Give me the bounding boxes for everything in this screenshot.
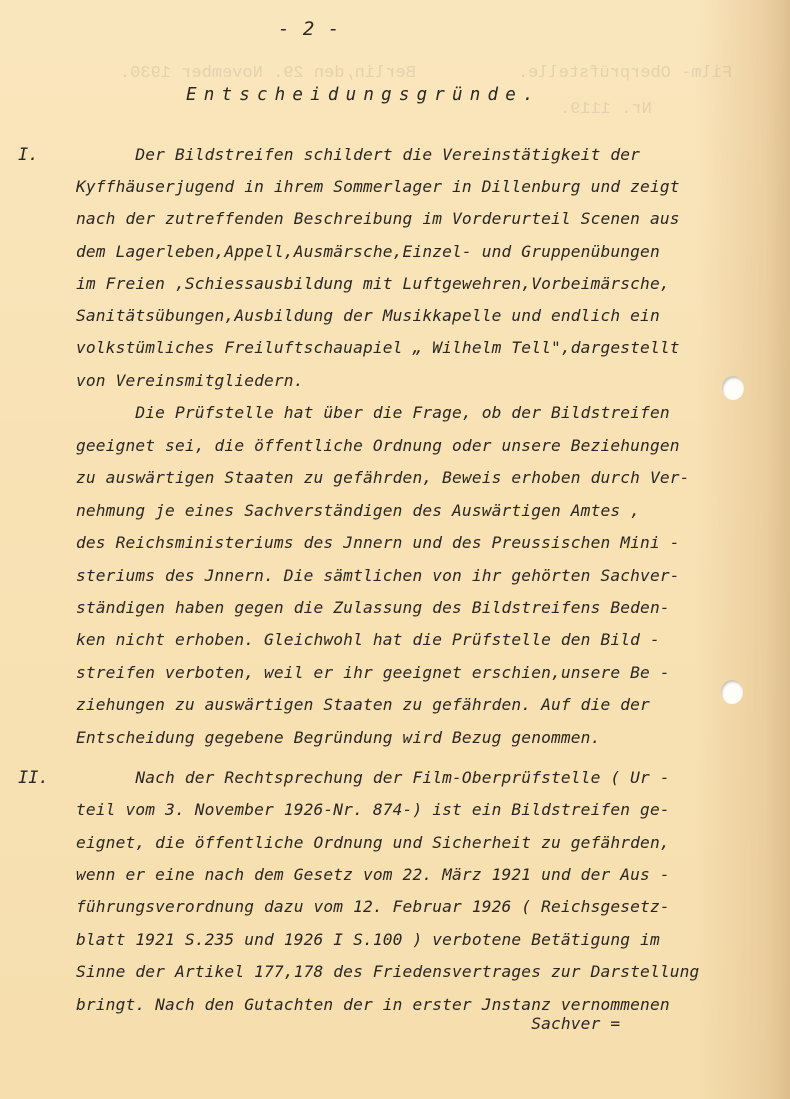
text-line: im Freien ,Schiessausbildung mit Luftgew… xyxy=(76,274,670,293)
text-line: Entscheidung gegebene Begründung wird Be… xyxy=(76,728,600,747)
text-line: teil vom 3. November 1926-Nr. 874-) ist … xyxy=(76,800,670,819)
text-line: steriums des Jnnern. Die sämtlichen von … xyxy=(76,566,680,585)
text-line: Sachver = xyxy=(76,1014,620,1033)
section-number: II. xyxy=(18,768,49,788)
text-line: Kyffhäuserjugend in ihrem Sommerlager in… xyxy=(76,177,680,196)
punch-hole xyxy=(722,376,744,400)
page-number: - 2 - xyxy=(278,18,340,40)
text-line: streifen verboten, weil er ihr geeignet … xyxy=(76,663,670,682)
text-line: wenn er eine nach dem Gesetz vom 22. Mär… xyxy=(76,865,670,884)
text-line: nehmung je eines Sachverständigen des Au… xyxy=(76,501,640,520)
text-line: Der Bildstreifen schildert die Vereinstä… xyxy=(76,145,640,164)
text-line: führungsverordnung dazu vom 12. Februar … xyxy=(76,897,670,916)
text-line: von Vereinsmitgliedern. xyxy=(76,371,304,390)
text-line: Sinne der Artikel 177,178 des Friedensve… xyxy=(76,962,699,981)
text-line: bringt. Nach den Gutachten der in erster… xyxy=(76,995,670,1014)
text-line: des Reichsministeriums des Jnnern und de… xyxy=(76,533,680,552)
text-line: blatt 1921 S.235 und 1926 I S.100 ) verb… xyxy=(76,930,660,949)
text-line: ken nicht erhoben. Gleichwohl hat die Pr… xyxy=(76,630,660,649)
text-line: Sanitätsübungen,Ausbildung der Musikkape… xyxy=(76,306,660,325)
section-heading: Entscheidungsgründe. xyxy=(186,85,541,105)
text-line: geeignet sei, die öffentliche Ordnung od… xyxy=(76,436,680,455)
punch-hole xyxy=(721,680,743,704)
section-number: I. xyxy=(18,145,38,165)
document-page: Film- Oberprüfstelle. Berlin,den 29. Nov… xyxy=(0,0,790,1099)
bleed-through-text: Film- Oberprüfstelle. Berlin,den 29. Nov… xyxy=(120,64,732,83)
bleed-through-text: Nr. 1119. xyxy=(560,100,652,119)
text-line: zu auswärtigen Staaten zu gefährden, Bew… xyxy=(76,468,690,487)
text-line: Die Prüfstelle hat über die Frage, ob de… xyxy=(76,403,670,422)
text-line: eignet, die öffentliche Ordnung und Sich… xyxy=(76,833,670,852)
text-line: dem Lagerleben,Appell,Ausmärsche,Einzel-… xyxy=(76,242,660,261)
text-line: ziehungen zu auswärtigen Staaten zu gefä… xyxy=(76,695,650,714)
text-line: Nach der Rechtsprechung der Film-Oberprü… xyxy=(76,768,670,787)
text-line: nach der zutreffenden Beschreibung im Vo… xyxy=(76,209,680,228)
text-line: volkstümliches Freiluftschauapiel „ Wilh… xyxy=(76,338,680,357)
text-line: ständigen haben gegen die Zulassung des … xyxy=(76,598,670,617)
